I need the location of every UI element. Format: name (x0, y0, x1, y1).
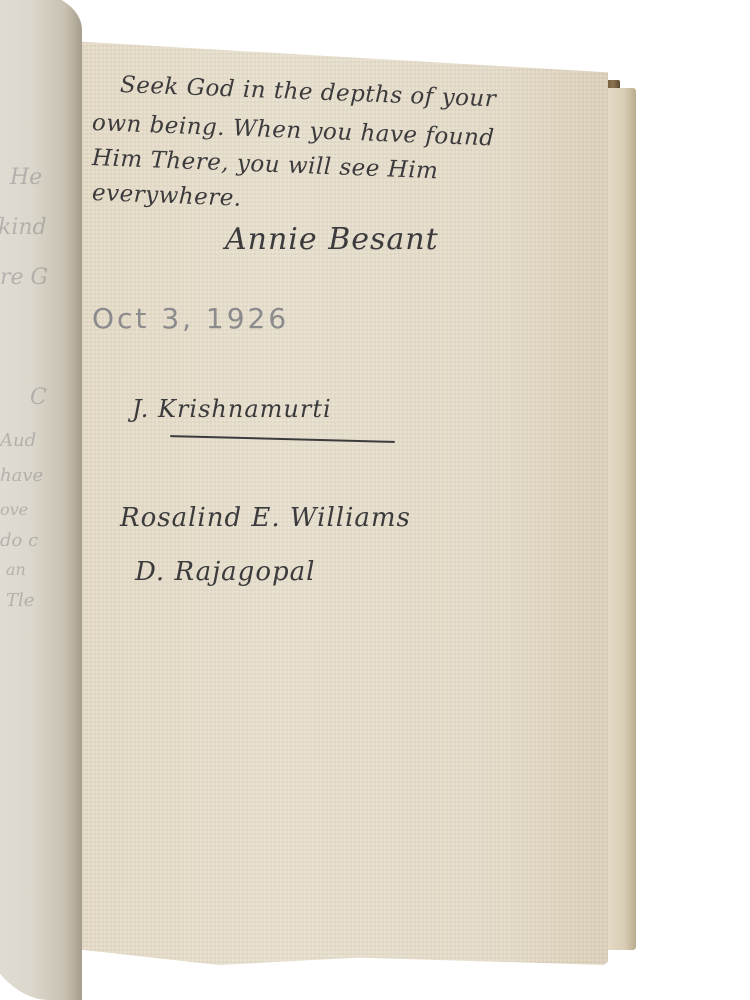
bleed-text: kind (0, 215, 47, 240)
photo-scene: He kind re G C Aud have ove do c an Tle … (0, 0, 750, 1000)
quote-author-signature: Annie Besant (225, 222, 439, 257)
date-pencil: Oct 3, 1926 (92, 302, 289, 335)
bleed-text: He (10, 165, 42, 190)
bleed-text: do c (0, 530, 38, 551)
bleed-text: Tle (6, 590, 34, 611)
bleed-text: ove (0, 500, 28, 519)
bleed-text: have (0, 465, 43, 486)
bleed-text: an (6, 560, 26, 579)
bleed-text: re G (0, 265, 48, 290)
facing-page: He kind re G C Aud have ove do c an Tle (0, 0, 82, 1000)
bleed-text: C (30, 385, 47, 410)
signature-krishnamurti: J. Krishnamurti (132, 395, 332, 423)
bleed-text: Aud (0, 430, 36, 451)
signature-rajagopal: D. Rajagopal (135, 557, 315, 587)
signature-rosalind-williams: Rosalind E. Williams (120, 503, 411, 533)
